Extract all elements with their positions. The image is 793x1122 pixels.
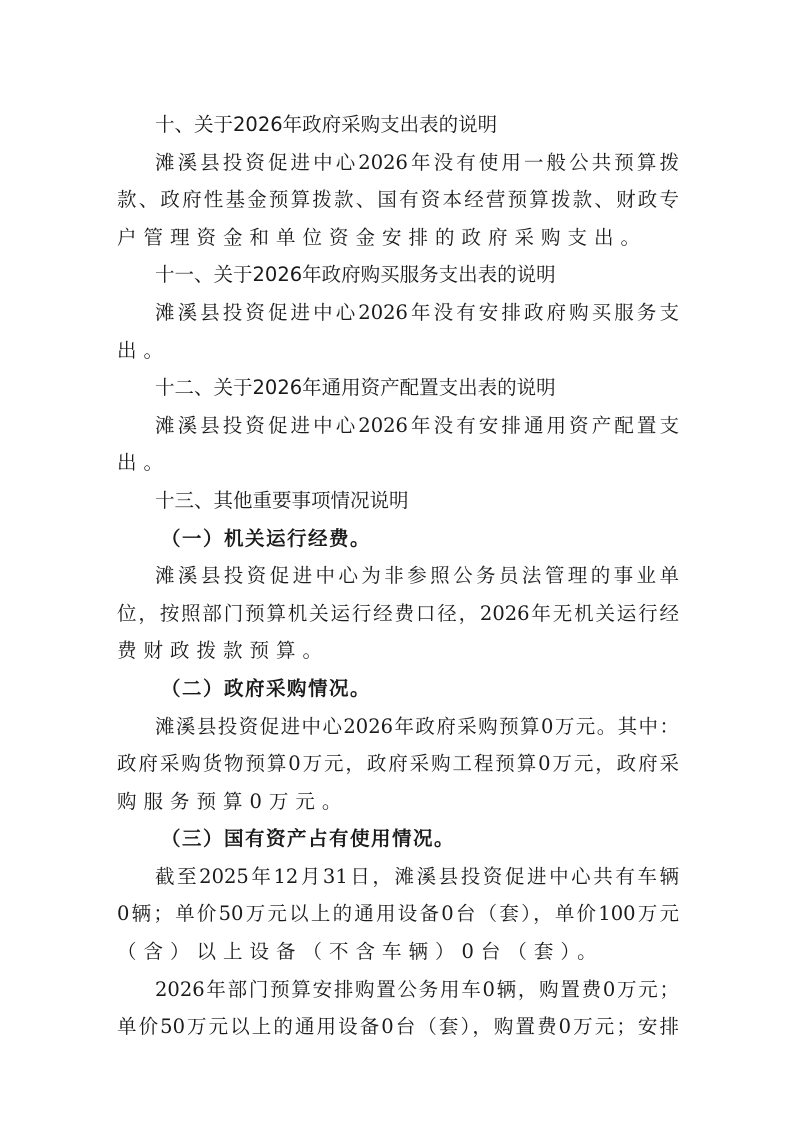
body-line: 户管理资金和单位资金安排的政府采购支出。 <box>117 219 679 257</box>
body-line: 费财政拨款预算。 <box>117 632 679 670</box>
section-heading: 十一、关于2026年政府购买服务支出表的说明 <box>117 256 679 294</box>
section-heading: 十三、其他重要事项情况说明 <box>117 482 679 520</box>
body-line: 位，按照部门预算机关运行经费口径，2026年无机关运行经 <box>117 595 679 633</box>
document-page: 十、关于2026年政府采购支出表的说明 滩溪县投资促进中心2026年没有使用一般… <box>117 106 679 1046</box>
body-line: 滩溪县投资促进中心2026年没有安排通用资产配置支 <box>117 407 679 445</box>
body-line: 单价50万元以上的通用设备0台（套），购置费0万元；安排 <box>117 1008 679 1046</box>
section-heading: 十二、关于2026年通用资产配置支出表的说明 <box>117 369 679 407</box>
body-line: 出。 <box>117 332 679 370</box>
body-line: 滩溪县投资促进中心为非参照公务员法管理的事业单 <box>117 557 679 595</box>
body-line: 0辆；单价50万元以上的通用设备0台（套），单价100万元 <box>117 895 679 933</box>
body-line: 滩溪县投资促进中心2026年没有安排政府购买服务支 <box>117 294 679 332</box>
body-line: 款、政府性基金预算拨款、国有资本经营预算拨款、财政专 <box>117 181 679 219</box>
body-line: 滩溪县投资促进中心2026年政府采购预算0万元。其中： <box>117 708 679 746</box>
body-line: 截至2025年12月31日，滩溪县投资促进中心共有车辆 <box>117 858 679 896</box>
subsection-heading: （三）国有资产占有使用情况。 <box>117 820 679 858</box>
section-heading: 十、关于2026年政府采购支出表的说明 <box>117 106 679 144</box>
subsection-heading: （一）机关运行经费。 <box>117 520 679 558</box>
body-line: （含）以上设备（不含车辆）0台（套）。 <box>117 933 679 971</box>
body-line: 2026年部门预算安排购置公务用车0辆，购置费0万元； <box>117 971 679 1009</box>
subsection-heading: （二）政府采购情况。 <box>117 670 679 708</box>
body-line: 购服务预算0万元。 <box>117 783 679 821</box>
body-line: 出。 <box>117 444 679 482</box>
body-line: 政府采购货物预算0万元，政府采购工程预算0万元，政府采 <box>117 745 679 783</box>
body-line: 滩溪县投资促进中心2026年没有使用一般公共预算拨 <box>117 144 679 182</box>
